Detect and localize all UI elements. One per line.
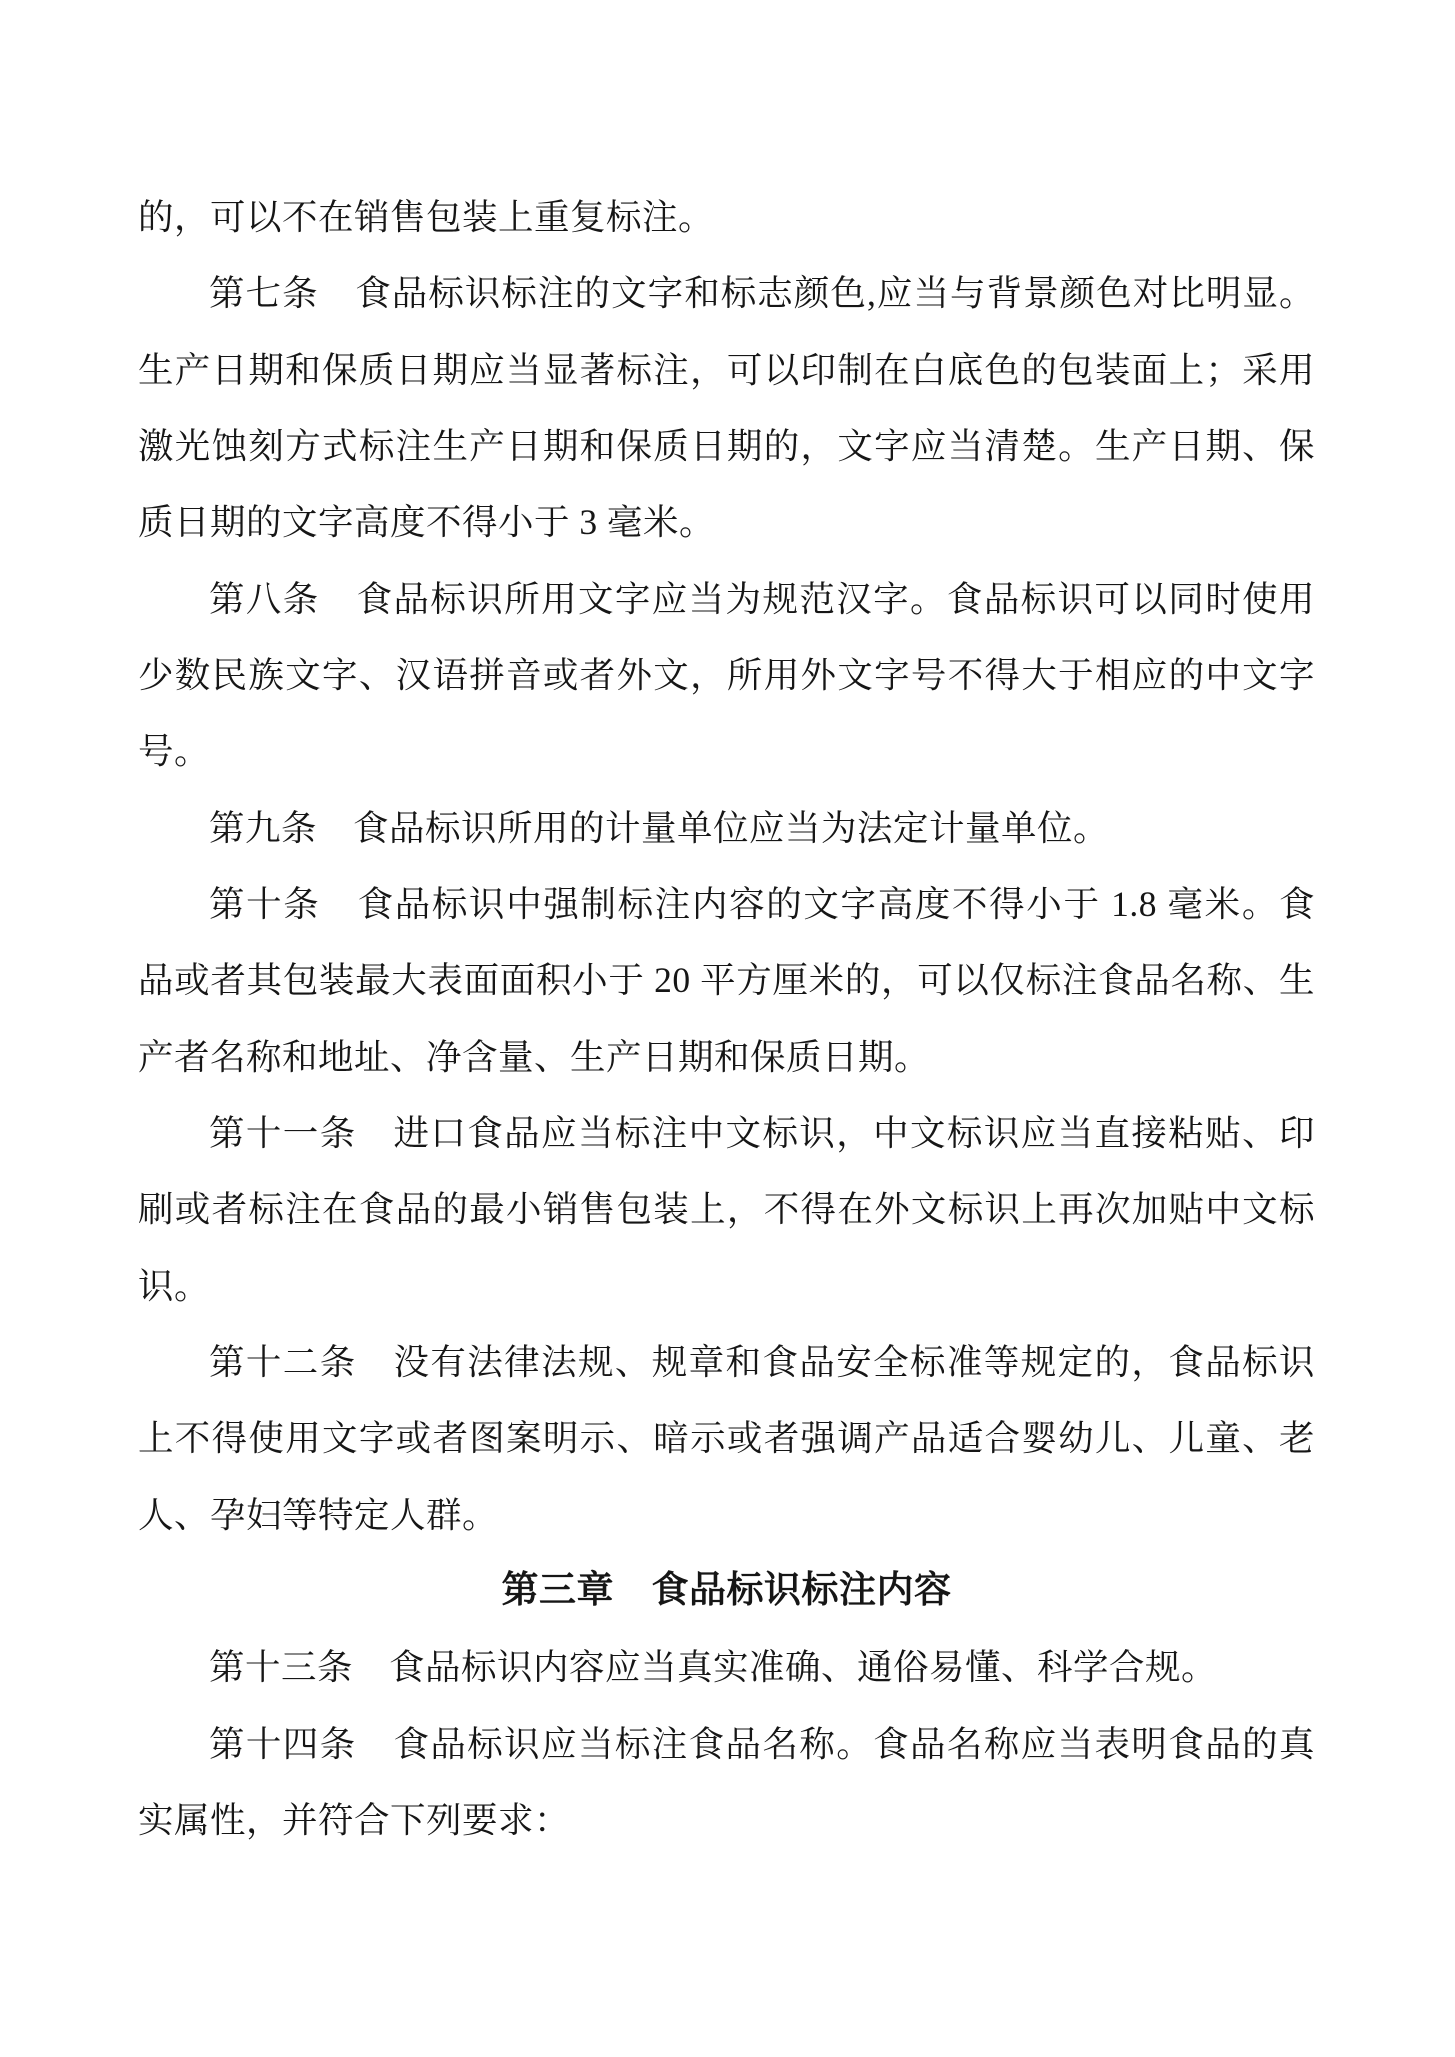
- text-line-article-11: 第十一条 进口食品应当标注中文标识，中文标识应当直接粘贴、印: [138, 1095, 1315, 1171]
- text-line: 上不得使用文字或者图案明示、暗示或者强调产品适合婴幼儿、儿童、老: [138, 1400, 1315, 1476]
- text-line: 的，可以不在销售包装上重复标注。: [138, 179, 1315, 255]
- text-line: 刷或者标注在食品的最小销售包装上，不得在外文标识上再次加贴中文标: [138, 1171, 1315, 1247]
- text-line: 品或者其包装最大表面面积小于 20 平方厘米的，可以仅标注食品名称、生: [138, 942, 1315, 1018]
- text-line: 生产日期和保质日期应当显著标注，可以印制在白底色的包装面上；采用: [138, 332, 1315, 408]
- text-line: 识。: [138, 1248, 1315, 1324]
- text-line: 质日期的文字高度不得小于 3 毫米。: [138, 484, 1315, 560]
- text-line-article-14: 第十四条 食品标识应当标注食品名称。食品名称应当表明食品的真: [138, 1706, 1315, 1782]
- text-line: 产者名称和地址、净含量、生产日期和保质日期。: [138, 1019, 1315, 1095]
- text-line-article-12: 第十二条 没有法律法规、规章和食品安全标准等规定的，食品标识: [138, 1324, 1315, 1400]
- document-page: 的，可以不在销售包装上重复标注。 第七条 食品标识标注的文字和标志颜色,应当与背…: [0, 0, 1455, 2057]
- text-line: 激光蚀刻方式标注生产日期和保质日期的，文字应当清楚。生产日期、保: [138, 408, 1315, 484]
- text-line: 号。: [138, 713, 1315, 789]
- text-line: 实属性，并符合下列要求：: [138, 1782, 1315, 1858]
- text-line-article-8: 第八条 食品标识所用文字应当为规范汉字。食品标识可以同时使用: [138, 561, 1315, 637]
- text-line: 人、孕妇等特定人群。: [138, 1477, 1315, 1553]
- text-line-article-10: 第十条 食品标识中强制标注内容的文字高度不得小于 1.8 毫米。食: [138, 866, 1315, 942]
- document-body: 的，可以不在销售包装上重复标注。 第七条 食品标识标注的文字和标志颜色,应当与背…: [138, 179, 1315, 1858]
- text-line-article-9: 第九条 食品标识所用的计量单位应当为法定计量单位。: [138, 790, 1315, 866]
- text-line-article-13: 第十三条 食品标识内容应当真实准确、通俗易懂、科学合规。: [138, 1629, 1315, 1705]
- text-line: 少数民族文字、汉语拼音或者外文，所用外文字号不得大于相应的中文字: [138, 637, 1315, 713]
- chapter-heading: 第三章 食品标识标注内容: [138, 1553, 1315, 1629]
- text-line-article-7: 第七条 食品标识标注的文字和标志颜色,应当与背景颜色对比明显。: [138, 255, 1315, 331]
